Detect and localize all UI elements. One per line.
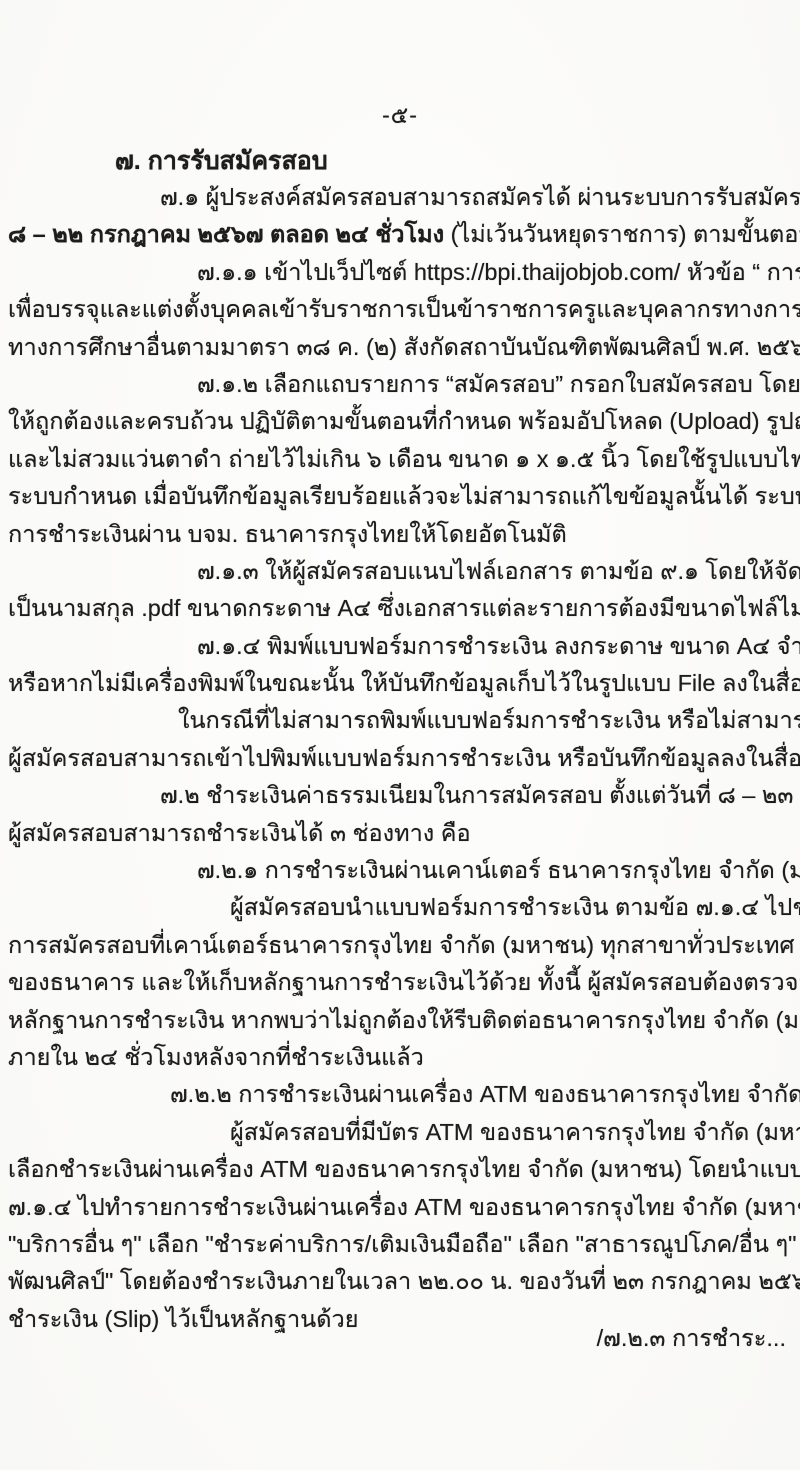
text-line: ผู้สมัครสอบสามารถชำระเงินได้ ๓ ช่องทาง ค… bbox=[0, 815, 800, 852]
page-number: -๕- bbox=[0, 98, 800, 134]
text-line: ๗.๑ ผู้ประสงค์สมัครสอบสามารถสมัครได้ ผ่า… bbox=[0, 179, 800, 216]
text-line: ๗.๑.๔ ไปทำรายการชำระเงินผ่านเครื่อง ATM … bbox=[0, 1189, 800, 1226]
text-line: ทางการศึกษาอื่นตามมาตรา ๓๘ ค. (๒) สังกัด… bbox=[0, 329, 800, 366]
text-line: ๗.๑.๔ พิมพ์แบบฟอร์มการชำระเงิน ลงกระดาษ … bbox=[0, 628, 800, 665]
text-line: ๗.๑.๒ เลือกแถบรายการ “สมัครสอบ” กรอกใบสม… bbox=[0, 366, 800, 403]
text-line: เพื่อบรรจุและแต่งตั้งบุคคลเข้ารับราชการเ… bbox=[0, 291, 800, 328]
section-heading: ๗. การรับสมัครสอบ bbox=[115, 141, 328, 181]
text-line: ของธนาคาร และให้เก็บหลักฐานการชำระเงินไว… bbox=[0, 964, 800, 1001]
text-line: พัฒนศิลป์" โดยต้องชำระเงินภายในเวลา ๒๒.๐… bbox=[0, 1263, 800, 1300]
text-line: ให้ถูกต้องและครบถ้วน ปฏิบัติตามขั้นตอนที… bbox=[0, 403, 800, 440]
text-line: หลักฐานการชำระเงิน หากพบว่าไม่ถูกต้องให้… bbox=[0, 1002, 800, 1039]
text-line: เลือกชำระเงินผ่านเครื่อง ATM ของธนาคารกร… bbox=[0, 1151, 800, 1188]
text-line: ๗.๒ ชำระเงินค่าธรรมเนียมในการสมัครสอบ ตั… bbox=[0, 777, 800, 814]
scanned-document-page: -๕- ๗. การรับสมัครสอบ ๗.๑ ผู้ประสงค์สมัค… bbox=[0, 0, 800, 1470]
text-line: ผู้สมัครสอบนำแบบฟอร์มการชำระเงิน ตามข้อ … bbox=[0, 889, 800, 926]
text-line: ๗.๒.๒ การชำระเงินผ่านเครื่อง ATM ของธนาค… bbox=[0, 1076, 800, 1113]
text-line: ภายใน ๒๔ ชั่วโมงหลังจากที่ชำระเงินแล้ว bbox=[0, 1039, 800, 1076]
text-line: และไม่สวมแว่นตาดำ ถ่ายไว้ไม่เกิน ๖ เดือน… bbox=[0, 441, 800, 478]
text-line: เป็นนามสกุล .pdf ขนาดกระดาษ A๔ ซึ่งเอกสา… bbox=[0, 590, 800, 627]
bold-date-span: ๘ – ๒๒ กรกฎาคม ๒๕๖๗ ตลอด ๒๔ ชั่วโมง bbox=[8, 221, 444, 247]
text-line: ระบบกำหนด เมื่อบันทึกข้อมูลเรียบร้อยแล้ว… bbox=[0, 478, 800, 515]
text-line: ๗.๒.๑ การชำระเงินผ่านเคาน์เตอร์ ธนาคารกร… bbox=[0, 852, 800, 889]
text-line: ๗.๑.๓ ให้ผู้สมัครสอบแนบไฟล์เอกสาร ตามข้อ… bbox=[0, 553, 800, 590]
continuation-note: /๗.๒.๓ การชำระ... bbox=[597, 1320, 786, 1357]
text-lines: ๗.๑ ผู้ประสงค์สมัครสอบสามารถสมัครได้ ผ่า… bbox=[0, 179, 800, 1338]
text-line: ในกรณีที่ไม่สามารถพิมพ์แบบฟอร์มการชำระเง… bbox=[0, 702, 800, 739]
text-line: ผู้สมัครสอบที่มีบัตร ATM ของธนาคารกรุงไท… bbox=[0, 1114, 800, 1151]
text-line: ๘ – ๒๒ กรกฎาคม ๒๕๖๗ ตลอด ๒๔ ชั่วโมง (ไม่… bbox=[0, 216, 800, 253]
text-line: หรือหากไม่มีเครื่องพิมพ์ในขณะนั้น ให้บัน… bbox=[0, 665, 800, 702]
text-line: ๗.๑.๑ เข้าไปเว็ปไซต์ https://bpi.thaijob… bbox=[0, 254, 800, 291]
text-line: "บริการอื่น ๆ" เลือก "ชำระค่าบริการ/เติม… bbox=[0, 1226, 800, 1263]
text-line: การชำระเงินผ่าน บจม. ธนาคารกรุงไทยให้โดย… bbox=[0, 516, 800, 553]
text-line: ผู้สมัครสอบสามารถเข้าไปพิมพ์แบบฟอร์มการช… bbox=[0, 740, 800, 777]
text-line: การสมัครสอบที่เคาน์เตอร์ธนาคารกรุงไทย จำ… bbox=[0, 927, 800, 964]
